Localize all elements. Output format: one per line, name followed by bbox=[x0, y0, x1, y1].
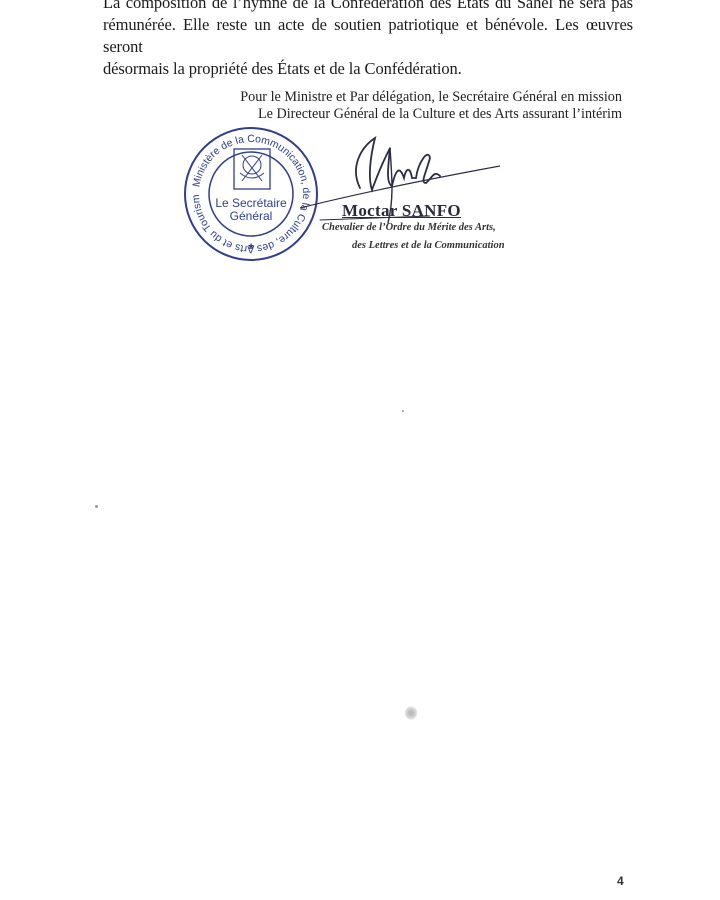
body-paragraph: La composition de l’hymne de la Confédér… bbox=[103, 0, 633, 80]
signatory-title-line-2: des Lettres et de la Communication bbox=[352, 240, 505, 251]
scan-speck bbox=[95, 505, 98, 508]
svg-text:★: ★ bbox=[247, 241, 255, 251]
scan-smudge bbox=[405, 706, 417, 720]
paragraph-line: rémunérée. Elle reste un acte de soutien… bbox=[103, 14, 633, 58]
svg-text:Général: Général bbox=[230, 209, 273, 223]
delegation-line-1: Pour le Ministre et Par délégation, le S… bbox=[236, 89, 622, 106]
scan-speck bbox=[402, 410, 404, 412]
delegation-line-2: Le Directeur Général de la Culture et de… bbox=[236, 106, 622, 123]
svg-text:Le Secrétaire: Le Secrétaire bbox=[215, 196, 287, 210]
paragraph-line: désormais la propriété des États et de l… bbox=[103, 58, 633, 80]
signatory-title-line-1: Chevalier de l’Ordre du Mérite des Arts, bbox=[322, 222, 496, 233]
delegation-lines: Pour le Ministre et Par délégation, le S… bbox=[236, 89, 622, 123]
page-number: 4 bbox=[617, 874, 624, 888]
signatory-name: Moctar SANFO bbox=[342, 201, 461, 221]
paragraph-line: La composition de l’hymne de la Confédér… bbox=[103, 0, 633, 14]
